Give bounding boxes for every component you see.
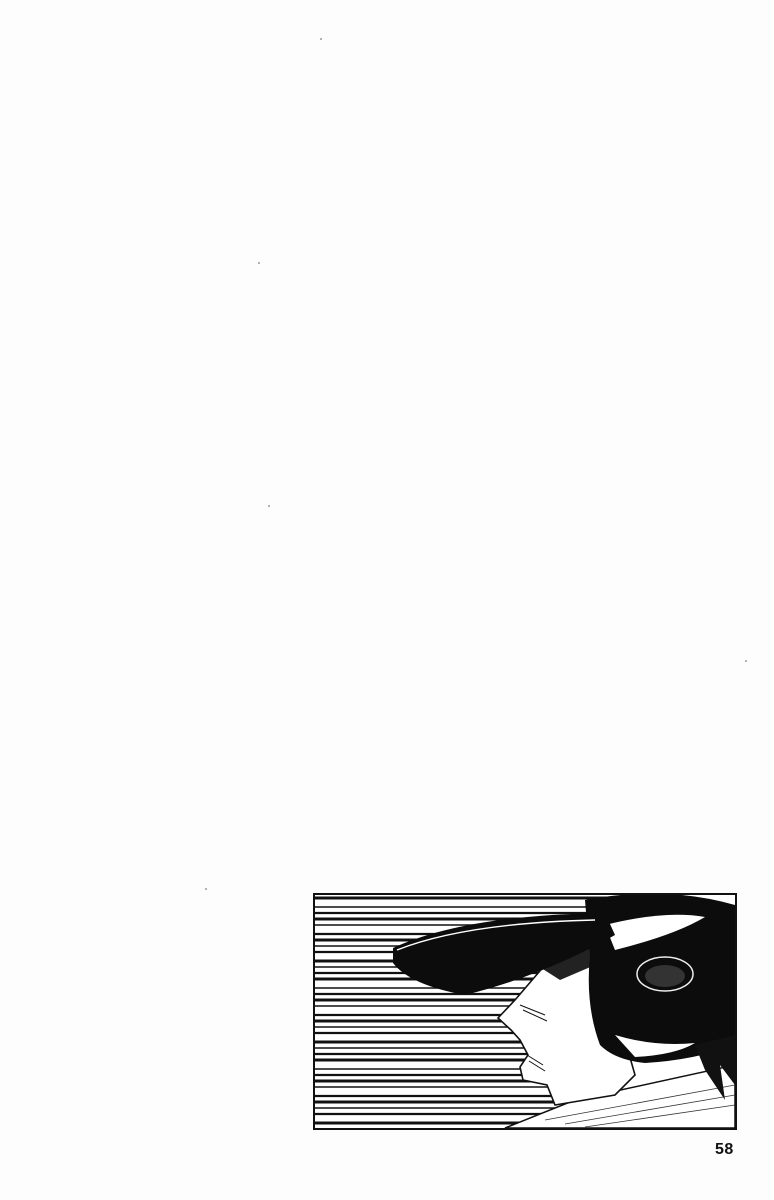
- page-number: 58: [715, 1141, 734, 1159]
- manga-panel: [313, 893, 737, 1130]
- paper-speck: [268, 505, 270, 507]
- paper-speck: [745, 660, 747, 662]
- panel-artwork: [315, 895, 735, 1128]
- paper-speck: [205, 888, 207, 890]
- paper-speck: [258, 262, 260, 264]
- paper-speck: [320, 38, 322, 40]
